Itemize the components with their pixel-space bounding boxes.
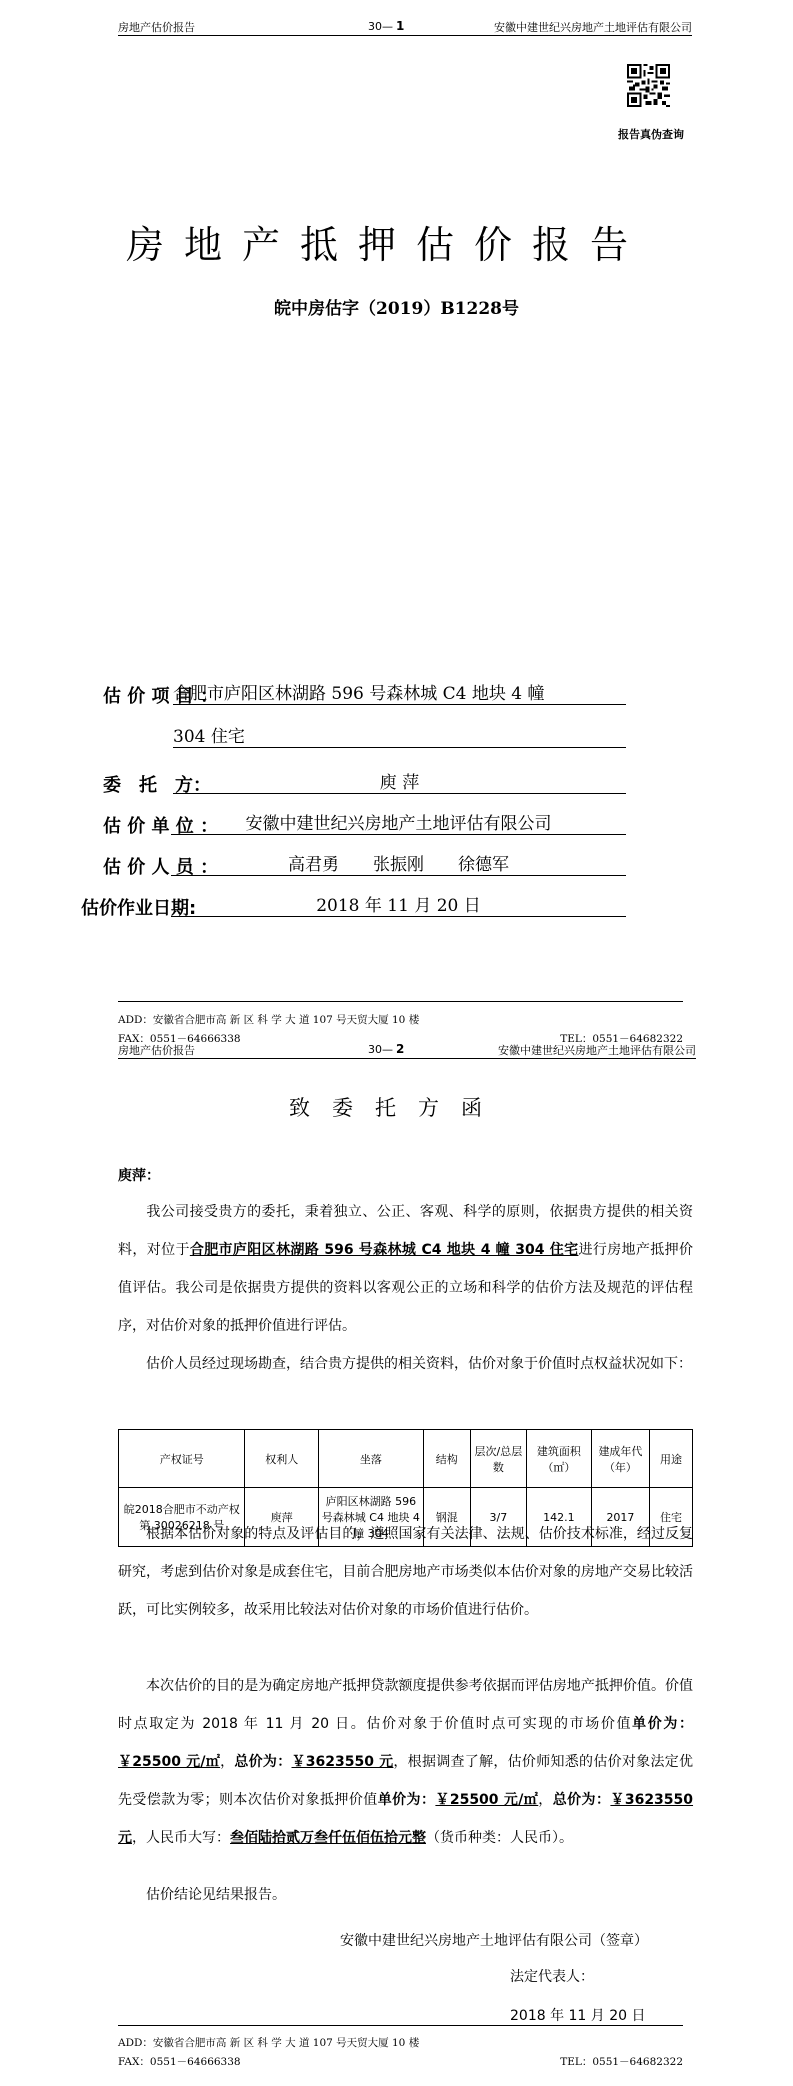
col-header: 结构: [423, 1430, 470, 1488]
paragraph-intro: 我公司接受贵方的委托，秉着独立、公正、客观、科学的原则，依据贵方提供的相关资料，…: [118, 1193, 693, 1345]
page1-header: 房地产估价报告 30—1 安徽中建世纪兴房地产土地评估有限公司: [118, 17, 692, 36]
footer-address: ADD：安徽省合肥市高 新 区 科 学 大 道 107 号天贸大厦 10 楼: [118, 2035, 683, 2050]
header-page-number: 30—2: [368, 1042, 404, 1056]
field-value: 安徽中建世纪兴房地产土地评估有限公司: [171, 809, 626, 835]
unit-price: ￥25500 元/㎡: [118, 1754, 220, 1770]
col-header: 建成年代（年）: [591, 1430, 649, 1488]
footer-tel: TEL：0551－64682322: [560, 2054, 683, 2069]
paragraph-method: 根据本估价对象的特点及评估目的，遵照国家有关法律、法规、估价技术标准，经过反复研…: [118, 1515, 693, 1629]
field-value: 合肥市庐阳区林湖路 596 号森林城 C4 地块 4 幢: [173, 679, 626, 705]
field-value: 高君勇 张振刚 徐德军: [171, 850, 626, 876]
col-header: 用途: [650, 1430, 693, 1488]
property-address: 合肥市庐阳区林湖路 596 号森林城 C4 地块 4 幢 304 住宅: [190, 1242, 579, 1258]
footer-divider: [118, 1001, 683, 1002]
field-value: 2018 年 11 月 20 日: [171, 891, 626, 917]
paragraph-conclusion: 估价结论见结果报告。: [118, 1876, 693, 1914]
header-page-number: 30—1: [368, 19, 404, 33]
salutation: 庾萍：: [118, 1165, 160, 1185]
header-doc-type: 房地产估价报告: [118, 1042, 195, 1058]
header-doc-type: 房地产估价报告: [118, 19, 195, 35]
field-value-line2: 304 住宅: [173, 722, 626, 748]
letter-title: 致委托方函: [0, 1092, 793, 1122]
footer-divider: [118, 2025, 683, 2026]
paragraph-valuation: 本次估价的目的是为确定房地产抵押贷款额度提供参考依据而评估房地产抵押价值。价值时…: [118, 1667, 693, 1857]
table-header-row: 产权证号 权利人 坐落 结构 层次/总层数 建筑面积（㎡） 建成年代（年） 用途: [119, 1430, 693, 1488]
col-header: 坐落: [319, 1430, 423, 1488]
page2-header: 房地产估价报告 30—2 安徽中建世纪兴房地产土地评估有限公司: [118, 1040, 696, 1059]
signature-company: 安徽中建世纪兴房地产土地评估有限公司（签章）: [340, 1930, 648, 1950]
footer-address: ADD：安徽省合肥市高 新 区 科 学 大 道 107 号天贸大厦 10 楼: [118, 1012, 683, 1027]
paragraph-rights: 估价人员经过现场勘查，结合贵方提供的相关资料，估价对象于价值时点权益状况如下：: [118, 1345, 693, 1383]
col-header: 层次/总层数: [470, 1430, 526, 1488]
amount-in-words: 叁佰陆拾贰万叁仟伍佰伍拾元整: [230, 1830, 426, 1846]
qr-code-icon[interactable]: [627, 57, 670, 114]
footer-fax: FAX：0551－64666338: [118, 2056, 241, 2068]
footer-contact: FAX：0551－64666338 TEL：0551－64682322: [118, 2054, 683, 2069]
header-company: 安徽中建世纪兴房地产土地评估有限公司: [498, 1042, 696, 1058]
col-header: 权利人: [245, 1430, 319, 1488]
mortgage-unit-price: ￥25500 元/㎡: [435, 1792, 538, 1808]
signature-date: 2018 年 11 月 20 日: [510, 2005, 646, 2025]
report-title: 房地产抵押估价报告: [126, 214, 686, 269]
total-price: ￥3623550 元: [292, 1754, 394, 1770]
qr-label: 报告真伪查询: [618, 126, 684, 142]
field-value: 庾 萍: [173, 768, 626, 794]
signature-rep: 法定代表人：: [510, 1966, 594, 1986]
col-header: 产权证号: [119, 1430, 245, 1488]
col-header: 建筑面积（㎡）: [526, 1430, 591, 1488]
header-company: 安徽中建世纪兴房地产土地评估有限公司: [494, 19, 692, 35]
document-number: 皖中房估字（2019）B1228号: [0, 294, 793, 319]
